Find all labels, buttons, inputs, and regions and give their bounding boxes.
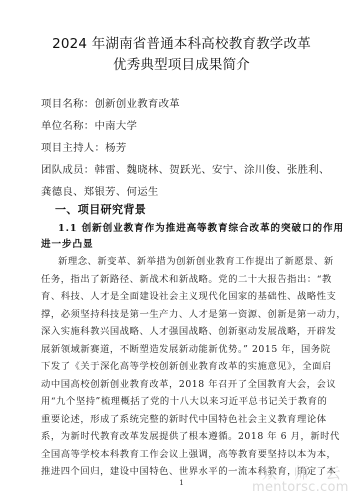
body-line: 全国高等学校本科教育工作会议上强调，高等教育要坚持以本为本， bbox=[41, 446, 309, 460]
document-title-line-2: 优秀典型项目成果简介 bbox=[0, 53, 363, 73]
subheading-line-2: 进一步凸显 bbox=[41, 236, 93, 250]
project-leader: 项目主持人：杨芳 bbox=[41, 139, 127, 154]
document-page: 2024 年湖南省普通本科高校教育教学改革 优秀典型项目成果简介 项目名称：创新… bbox=[0, 0, 363, 500]
body-line: 动中国高校创新创业教育改革，2018 年召开了全国教育大会，会议 bbox=[41, 376, 309, 390]
body-line: 用“九个坚持”梳理概括了党的十八大以来习近平总书记关于教育的 bbox=[41, 393, 309, 407]
team-members-line-2: 龚德良、郑银芳、何运生 bbox=[41, 183, 159, 198]
body-line: 系，为新时代教育改革发展提供了根本遵循。2018 年 6 月，新时代 bbox=[41, 428, 309, 442]
document-title-line-1: 2024 年湖南省普通本科高校教育教学改革 bbox=[0, 32, 363, 52]
body-line: 新理念、新变革、新举措为创新创业教育工作提出了新愿景、新 bbox=[58, 253, 309, 267]
body-line: 下发了《关于深化高等学校创新创业教育改革的实施意见》，全面启 bbox=[41, 358, 309, 372]
body-line: 深入实施科教兴国战略、人才强国战略、创新驱动发展战略，开辟发 bbox=[41, 323, 309, 337]
project-name: 项目名称：创新创业教育改革 bbox=[41, 95, 180, 110]
body-line: 任务，指出了新路径、新战术和新战略。党的二十大报告指出：“教 bbox=[41, 271, 309, 285]
body-line: 重要论述，形成了系统完整的新时代中国特色社会主义教育理论体 bbox=[41, 411, 309, 425]
section-heading: 一、项目研究背景 bbox=[55, 201, 146, 217]
body-line: 展新领域新赛道，不断塑造发展新动能新优势。” 2015 年，国务院 bbox=[41, 341, 309, 355]
unit-name: 单位名称：中南大学 bbox=[41, 117, 137, 132]
team-members-line-1: 团队成员：韩雷、魏晓林、贺跃光、安宁、涂川俊、张胜利、 bbox=[41, 161, 330, 176]
subheading-line-1: 1.1 创新创业教育作为推进高等教育综合改革的突破口的作用 bbox=[58, 220, 344, 234]
body-line: 育、科技、人才是全面建设社会主义现代化国家的基础性、战略性支 bbox=[41, 288, 309, 302]
body-line: 撑，必须坚持科技是第一生产力、人才是第一资源、创新是第一动力， bbox=[41, 306, 309, 320]
watermark-url: mentorsc.com bbox=[252, 480, 349, 495]
